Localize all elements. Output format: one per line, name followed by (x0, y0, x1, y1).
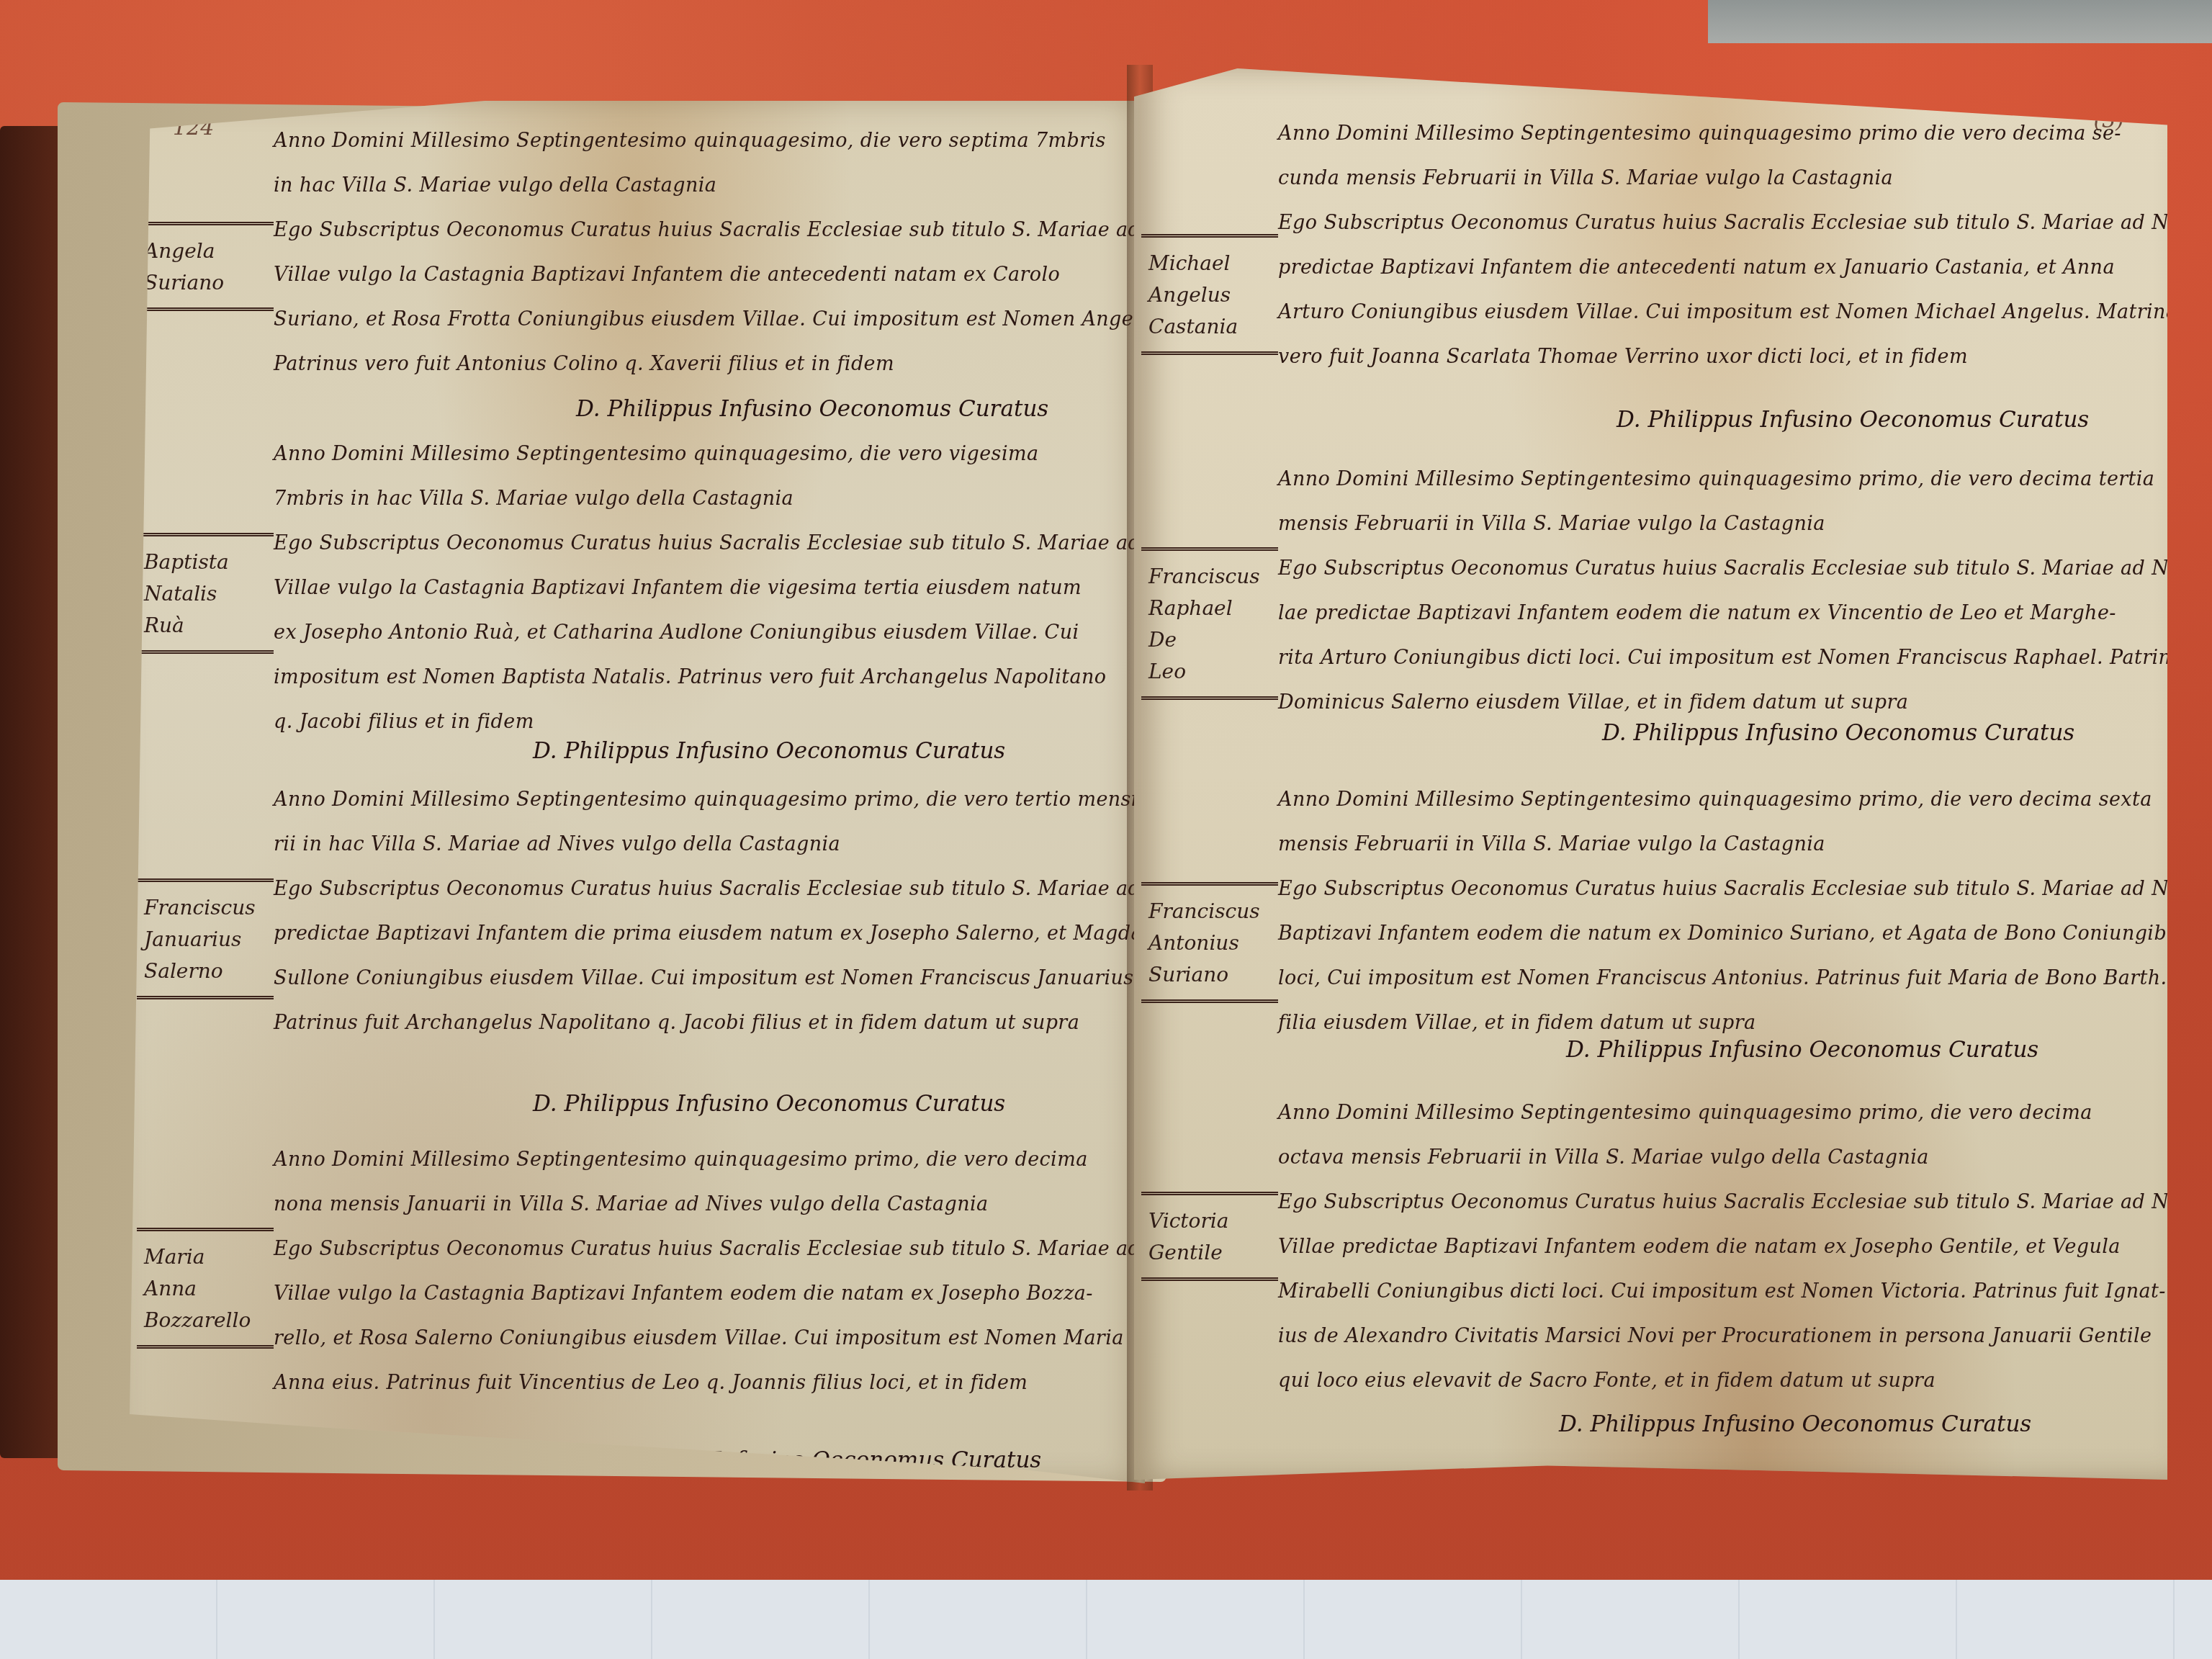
text-line: qui loco eius elevavit de Sacro Fonte, e… (1278, 1359, 2167, 1403)
margin-name: Victoria Gentile (1141, 1192, 1278, 1281)
text-line: Dominicus Salerno eiusdem Villae, et in … (1278, 680, 2167, 725)
text-line: mensis Februarii in Villa S. Mariae vulg… (1278, 502, 2167, 547)
right-page: (3) Michael Angelus Castania Anno Domini… (1134, 68, 2167, 1480)
text-line: vero fuit Joanna Scarlata Thomae Verrino… (1278, 335, 2167, 379)
text-line: Castania (1148, 311, 1278, 343)
text-line: Ego Subscriptus Oeconomus Curatus huius … (1278, 1180, 2167, 1225)
text-line: Anno Domini Millesimo Septingentesimo qu… (1278, 778, 2167, 822)
text-line: Franciscus (144, 892, 274, 924)
entry-text: Anno Domini Millesimo Septingentesimo qu… (274, 432, 1145, 745)
text-line: Antonius (1148, 927, 1278, 959)
text-line: Baptista (144, 547, 274, 578)
text-line: Natalis (144, 578, 274, 610)
text-line: impositum est Nomen Baptista Natalis. Pa… (274, 655, 1145, 700)
newspaper-underlay (0, 1580, 2212, 1659)
entry-text: Anno Domini Millesimo Septingentesimo qu… (1278, 778, 2167, 1046)
entry-text: Anno Domini Millesimo Septingentesimo qu… (1278, 1091, 2167, 1403)
margin-name: Franciscus Januarius Salerno (137, 878, 274, 999)
signature: D. Philippus Infusino Oeconomus Curatus (533, 738, 1005, 764)
text-line: Victoria (1148, 1205, 1278, 1237)
margin-name: Maria Anna Bozzarello (137, 1228, 274, 1349)
text-line: Patrinus fuit Archangelus Napolitano q. … (274, 1001, 1145, 1046)
signature: D. Philippus Infusino Oeconomus Curatus (1602, 720, 2074, 746)
text-line: Anno Domini Millesimo Septingentesimo qu… (1278, 112, 2167, 156)
signature: D. Philippus Infusino Oeconomus Curatus (1566, 1037, 2038, 1063)
text-line: Maria (144, 1241, 274, 1273)
text-line: Anno Domini Millesimo Septingentesimo qu… (274, 432, 1145, 477)
text-line: octava mensis Februarii in Villa S. Mari… (1278, 1136, 2167, 1180)
text-line: Suriano (1148, 959, 1278, 991)
text-line: Villae vulgo la Castagnia Baptizavi Infa… (274, 253, 1145, 297)
text-line: Anno Domini Millesimo Septingentesimo qu… (274, 1138, 1145, 1182)
text-line: Franciscus (1148, 896, 1278, 927)
text-line: Ego Subscriptus Oeconomus Curatus huius … (274, 521, 1145, 566)
text-line: rello, et Rosa Salerno Coniungibus eiusd… (274, 1316, 1145, 1361)
text-line: Anna eius. Patrinus fuit Vincentius de L… (274, 1361, 1145, 1406)
text-line: Gentile (1148, 1237, 1278, 1269)
text-line: 7mbris in hac Villa S. Mariae vulgo dell… (274, 477, 1145, 521)
text-line: Suriano, et Rosa Frotta Coniungibus eius… (274, 297, 1145, 342)
text-line: Anno Domini Millesimo Septingentesimo qu… (1278, 457, 2167, 502)
entry-text: Anno Domini Millesimo Septingentesimo qu… (1278, 112, 2167, 379)
text-line: Angela (144, 235, 274, 267)
left-page: 124 Angela Suriano Anno Domini Millesimo… (130, 101, 1145, 1483)
text-line: Villae vulgo la Castagnia Baptizavi Infa… (274, 566, 1145, 611)
text-line: Angelus (1148, 279, 1278, 311)
text-line: Villae vulgo la Castagnia Baptizavi Infa… (274, 1272, 1145, 1316)
text-line: Ego Subscriptus Oeconomus Curatus huius … (1278, 547, 2167, 591)
margin-name: Michael Angelus Castania (1141, 234, 1278, 355)
text-line: Salerno (144, 956, 274, 987)
text-line: Anno Domini Millesimo Septingentesimo qu… (1278, 1091, 2167, 1136)
text-line: Raphael (1148, 593, 1278, 624)
text-line: Suriano (144, 267, 274, 299)
text-line: Patrinus vero fuit Antonius Colino q. Xa… (274, 342, 1145, 387)
text-line: lae predictae Baptizavi Infantem eodem d… (1278, 591, 2167, 636)
text-line: Baptizavi Infantem eodem die natum ex Do… (1278, 912, 2167, 956)
text-line: predictae Baptizavi Infantem die anteced… (1278, 246, 2167, 290)
text-line: ius de Alexandro Civitatis Marsici Novi … (1278, 1314, 2167, 1359)
entry-text: Anno Domini Millesimo Septingentesimo qu… (274, 1138, 1145, 1406)
margin-name: Angela Suriano (137, 222, 274, 311)
text-line: Ego Subscriptus Oeconomus Curatus huius … (274, 867, 1145, 912)
text-line: rii in hac Villa S. Mariae ad Nives vulg… (274, 822, 1145, 867)
text-line: Ego Subscriptus Oeconomus Curatus huius … (1278, 867, 2167, 912)
background-wall (1708, 0, 2212, 43)
entry-text: Anno Domini Millesimo Septingentesimo qu… (1278, 457, 2167, 725)
text-line: De (1148, 624, 1278, 656)
entry-text: Anno Domini Millesimo Septingentesimo qu… (274, 119, 1145, 387)
text-line: Villae predictae Baptizavi Infantem eode… (1278, 1225, 2167, 1269)
text-line: Anno Domini Millesimo Septingentesimo qu… (274, 119, 1145, 163)
signature: D. Philippus Infusino Oeconomus Curatus (1559, 1411, 2031, 1437)
text-line: Ruà (144, 610, 274, 642)
text-line: Ego Subscriptus Oeconomus Curatus huius … (274, 208, 1145, 253)
text-line: in hac Villa S. Mariae vulgo della Casta… (274, 163, 1145, 208)
margin-name: Franciscus Antonius Suriano (1141, 882, 1278, 1003)
text-line: rita Arturo Coniungibus dicti loci. Cui … (1278, 636, 2167, 680)
text-line: Franciscus (1148, 561, 1278, 593)
signature: D. Philippus Infusino Oeconomus Curatus (533, 1091, 1005, 1117)
text-line: mensis Februarii in Villa S. Mariae vulg… (1278, 822, 2167, 867)
text-line: Ego Subscriptus Oeconomus Curatus huius … (274, 1227, 1145, 1272)
text-line: Anna (144, 1273, 274, 1305)
text-line: Januarius (144, 924, 274, 956)
text-line: nona mensis Januarii in Villa S. Mariae … (274, 1182, 1145, 1227)
signature: D. Philippus Infusino Oeconomus Curatus (1617, 407, 2089, 433)
margin-name: Franciscus Raphael De Leo (1141, 547, 1278, 700)
signature: D. Philippus Infusino Oeconomus Curatus (576, 396, 1048, 422)
text-line: Leo (1148, 656, 1278, 688)
text-line: Mirabelli Coniungibus dicti loci. Cui im… (1278, 1269, 2167, 1314)
text-line: Anno Domini Millesimo Septingentesimo qu… (274, 778, 1145, 822)
text-line: Sullone Coniungibus eiusdem Villae. Cui … (274, 956, 1145, 1001)
margin-name: Baptista Natalis Ruà (137, 533, 274, 654)
text-line: Arturo Coniungibus eiusdem Villae. Cui i… (1278, 290, 2167, 335)
text-line: predictae Baptizavi Infantem die prima e… (274, 912, 1145, 956)
text-line: Michael (1148, 248, 1278, 279)
text-line: Bozzarello (144, 1305, 274, 1336)
text-line: ex Josepho Antonio Ruà, et Catharina Aud… (274, 611, 1145, 655)
text-line: loci, Cui impositum est Nomen Franciscus… (1278, 956, 2167, 1001)
text-line: Ego Subscriptus Oeconomus Curatus huius … (1278, 201, 2167, 246)
text-line: cunda mensis Februarii in Villa S. Maria… (1278, 156, 2167, 201)
entry-text: Anno Domini Millesimo Septingentesimo qu… (274, 778, 1145, 1046)
